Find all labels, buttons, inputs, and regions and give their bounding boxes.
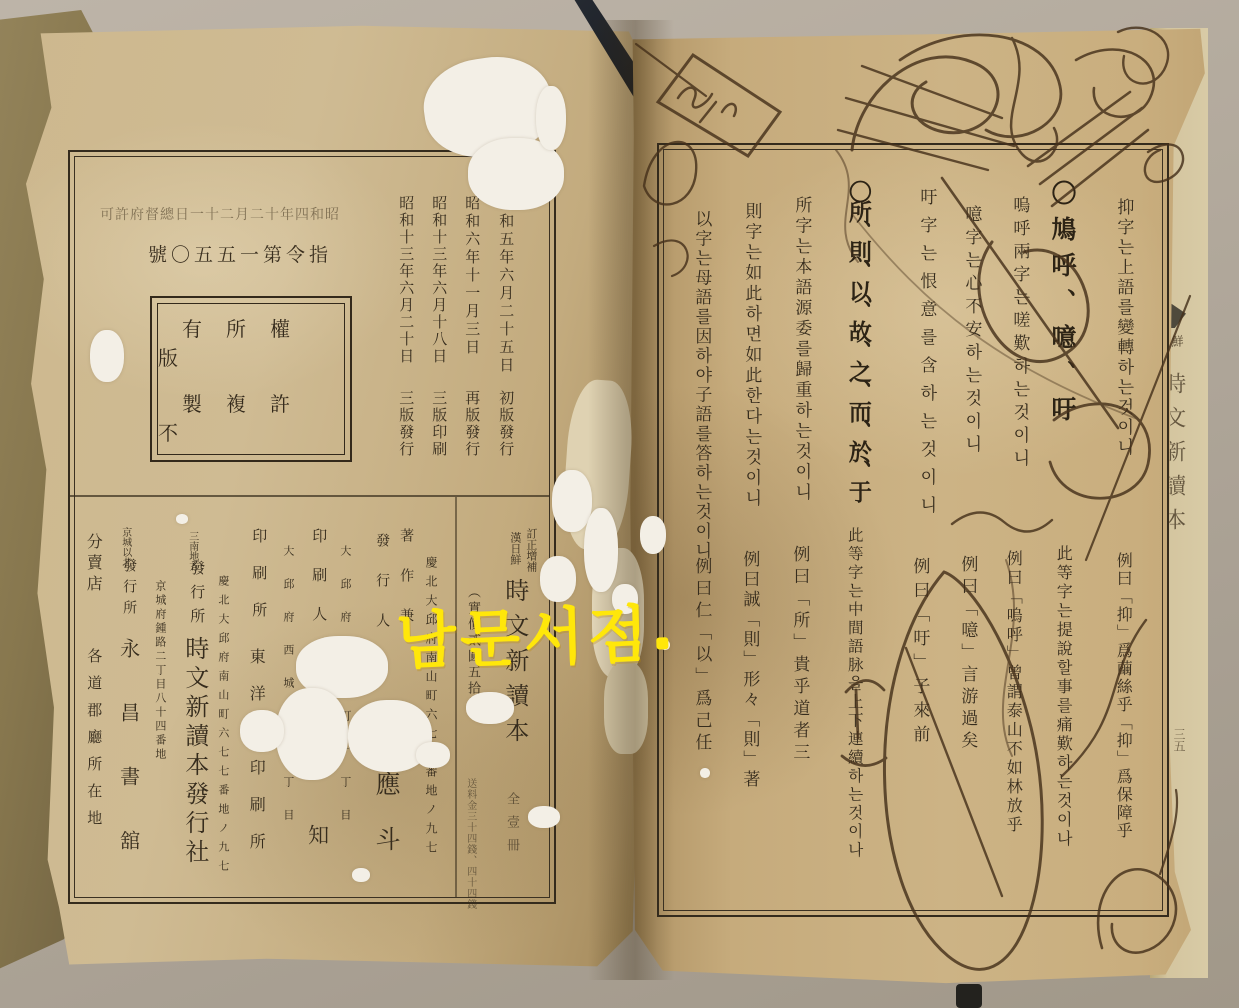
- col-ohho-explanation: 嗚呼兩字는嗟歎하는것이니: [1010, 196, 1028, 472]
- paint-splotch: [700, 768, 710, 778]
- paint-splotch: [90, 330, 124, 382]
- col-so-explanation: 所字는本語源委를歸重하는것이니: [792, 196, 810, 504]
- edition-4-label: 三版發行: [397, 390, 413, 458]
- summary-interjections: 此等字는提說할事를痛歎하는것이나: [1054, 545, 1071, 849]
- paint-splotch: [176, 514, 188, 524]
- col-hui-explanation: 噫字는心不安하는것이니: [962, 205, 980, 458]
- bookstore-watermark: 남문서점: [395, 584, 669, 681]
- author-role-2: 發行人: [374, 533, 389, 653]
- col-i-explanation: 以字는母語를因하야子語를答하는것이니: [692, 210, 710, 561]
- heading-interjections: 〇鳩呼、噫、吁: [1048, 180, 1075, 432]
- col-yok-example: 例曰「抑」爲繭絲乎「抑」爲保障乎: [1114, 552, 1131, 840]
- north-publisher-name: 永昌書舘: [116, 638, 138, 894]
- col-hui-example: 例曰「噫」言游過矣: [958, 555, 976, 753]
- col-u-example: 例曰「吁」子來前: [910, 557, 928, 749]
- torn-paper-patch: [604, 662, 648, 754]
- col-cheuk-example: 例曰誠「則」形々「則」著: [740, 550, 758, 790]
- summary-particles: 此等字는中間語脉을上下連續하는것이나: [845, 527, 862, 860]
- edition-1-date: 昭和五年六月二十五日: [497, 195, 513, 375]
- directive-number-line: 號〇五五一第令指: [148, 240, 358, 267]
- edge-page-number: 三五: [1172, 728, 1185, 752]
- paint-splotch: [466, 692, 514, 724]
- copyright-row-2: 製複許不: [158, 388, 344, 446]
- printshop-role: 印刷所: [250, 528, 266, 639]
- paint-splotch: [416, 742, 450, 768]
- paint-splotch: [276, 688, 348, 780]
- copyright-row-1: 有所權版: [158, 313, 344, 371]
- edition-2-label: 再版發行: [463, 390, 479, 458]
- title-prefix-2: 漢日鮮: [508, 532, 520, 565]
- edition-4-date: 昭和十三年六月二十日: [397, 195, 413, 365]
- col-i-example: 例曰仁「以」爲己任: [692, 557, 710, 755]
- copyright-box: 有所權版 製複許不: [150, 296, 352, 462]
- bookstore-watermark-text: 남문서점: [395, 601, 652, 677]
- text-frame-inner: [663, 149, 1163, 911]
- col-cheuk-explanation: 則字는如此하면如此한다는것이니: [742, 202, 760, 510]
- photo-open-book: 可許府督總日一十二月二十年四和昭 號〇五五一第令指 有所權版 製複許不 昭和五年…: [0, 0, 1239, 1008]
- north-address: 京城府鍾路二丁目八十四番地: [153, 580, 165, 762]
- text-frame: [657, 143, 1169, 917]
- regional-address: 慶北大邱府南山町六七七番地ノ九七: [216, 575, 228, 879]
- governor-general-permit-line: 可許府督總日一十二月二十年四和昭: [100, 204, 352, 224]
- edition-2-date: 昭和六年十一月三日: [463, 195, 479, 357]
- paint-splotch: [352, 868, 370, 882]
- vertical-divider: [455, 497, 457, 897]
- col-ohho-example: 例曰「嗚呼」曾謂泰山不如林放乎: [1004, 550, 1021, 835]
- paint-splotch: [640, 516, 666, 554]
- heading-particles: 〇所、則、以、故、之、而、於、于: [845, 180, 870, 500]
- horizontal-divider: [70, 495, 550, 497]
- col-so-example: 例曰「所」貴乎道者三: [790, 545, 808, 765]
- watermark-dot: [656, 637, 668, 649]
- volume-label: 全壹冊: [505, 792, 519, 861]
- paint-splotch: [240, 710, 284, 752]
- edition-3-date: 昭和十三年六月十八日: [430, 195, 446, 365]
- paint-splotch: [584, 508, 618, 592]
- postage-label: 送料金三十四錢、四十四錢: [464, 778, 475, 910]
- paint-splotch: [528, 806, 560, 828]
- edition-3-label: 三版印刷: [430, 390, 446, 458]
- dealer-role: 分賣店: [84, 533, 101, 596]
- title-prefix-1: 訂正增補: [524, 528, 536, 572]
- col-yok-explanation: 抑字는上語를變轉하는것이니: [1114, 198, 1132, 458]
- north-role: 發行所: [121, 558, 136, 621]
- printer-role: 印刷人: [310, 528, 326, 645]
- regional-role: 發行所: [188, 560, 204, 632]
- paint-splotch: [552, 470, 592, 532]
- edition-1-label: 初版發行: [497, 390, 513, 458]
- edge-label: 鮮: [1170, 335, 1183, 347]
- printshop-name: 東洋堂印刷所: [247, 648, 264, 870]
- dealer-name: 各道郡廳所在地: [85, 648, 101, 837]
- regional-publisher-name: 時文新讀本發行社: [180, 636, 206, 868]
- paint-splotch: [536, 86, 566, 150]
- table-object: [956, 984, 982, 1008]
- copyright-box-inner: 有所權版 製複許不: [157, 303, 345, 455]
- col-u-explanation: 吁字는恨意를含하는것이니: [917, 188, 935, 524]
